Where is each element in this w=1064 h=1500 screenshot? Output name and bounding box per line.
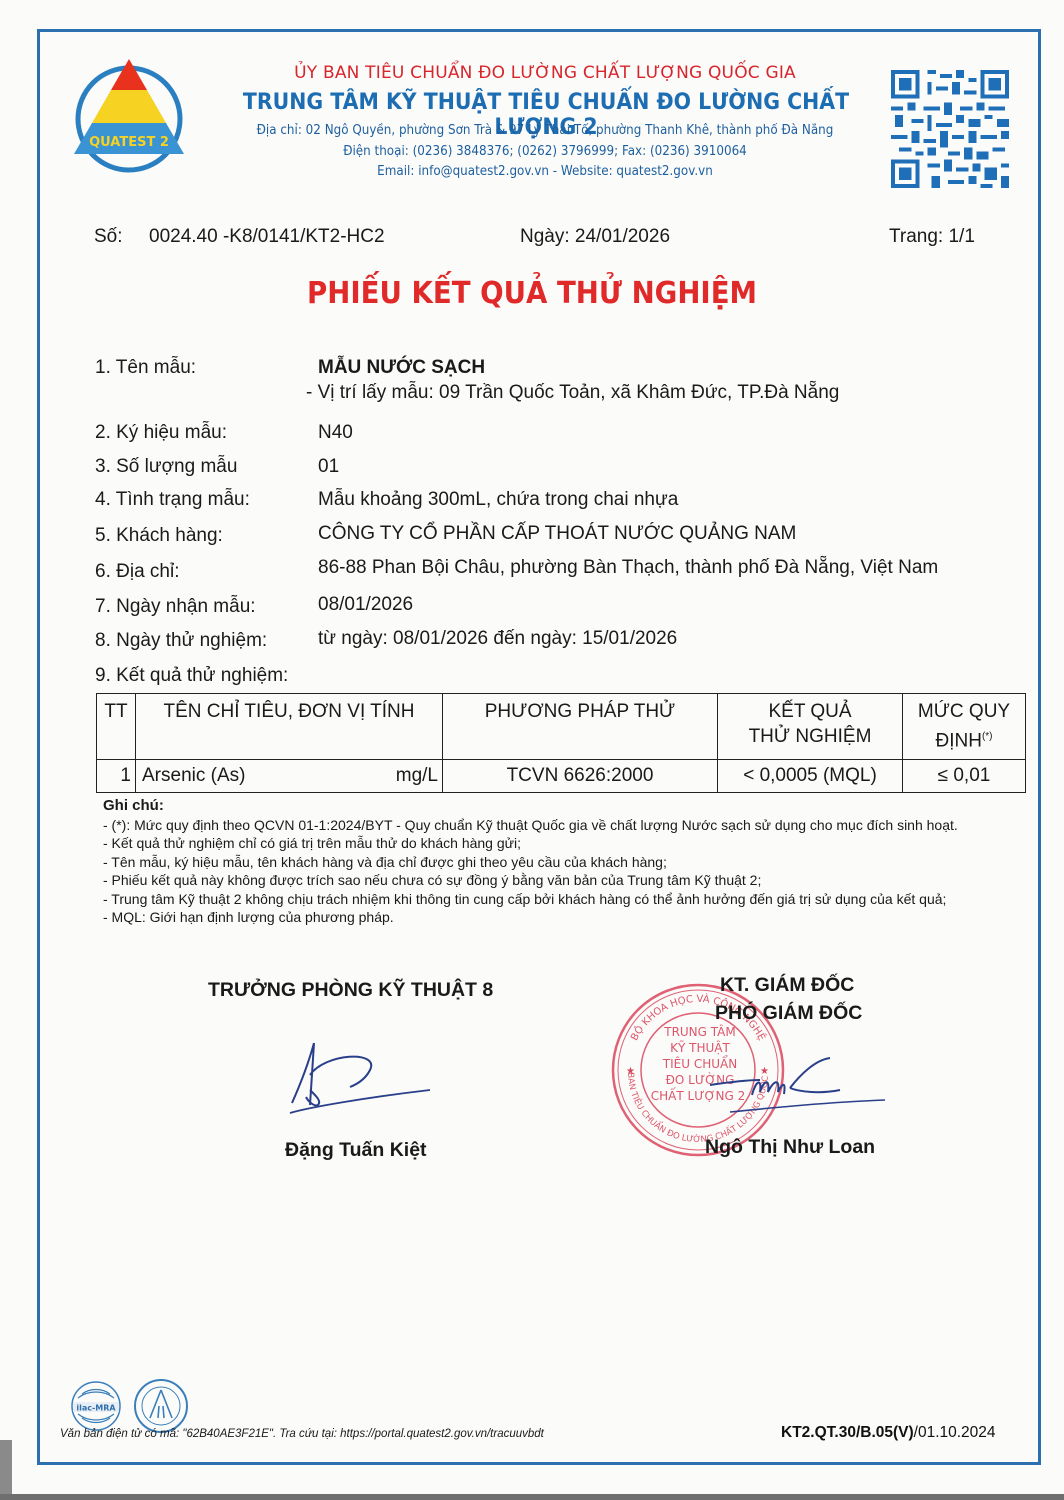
scan-edge-shadow [0, 1440, 12, 1500]
form-code-date: /01.10.2024 [914, 1424, 996, 1441]
sample-name-value: MẪU NƯỚC SẠCH [318, 357, 485, 379]
results-table: TT TÊN CHỈ TIÊU, ĐƠN VỊ TÍNH PHƯƠNG PHÁP… [96, 693, 1026, 793]
header-indicator-name: TÊN CHỈ TIÊU, ĐƠN VỊ TÍNH [136, 694, 443, 760]
scan-edge-shadow-bottom [0, 1494, 1064, 1500]
svg-text:★: ★ [626, 1066, 635, 1077]
organization-address: Địa chỉ: 02 Ngô Quyền, phường Sơn Trà & … [228, 123, 863, 138]
note-item: - Kết quả thử nghiệm chỉ có giá trị trên… [103, 834, 1003, 853]
sample-location: - Vị trí lấy mẫu: 09 Trần Quốc Toản, xã … [306, 382, 839, 404]
test-date-label: 8. Ngày thử nghiệm: [95, 630, 267, 652]
footnote-marker: (*) [982, 731, 993, 742]
address-label: 6. Địa chỉ: [95, 561, 179, 583]
quatest-logo-icon: QUATEST 2 [66, 55, 192, 173]
svg-text:QUATEST 2: QUATEST 2 [89, 135, 169, 150]
right-signature-icon [690, 1050, 890, 1130]
page-title: PHIẾU KẾT QUẢ THỬ NGHIỆM [43, 276, 1022, 311]
right-signatory-title-2: PHÓ GIÁM ĐỐC [715, 1002, 862, 1025]
header-test-method: PHƯƠNG PHÁP THỬ [443, 694, 718, 760]
address-value: 86-88 Phan Bội Châu, phường Bàn Thạch, t… [318, 557, 938, 579]
left-signature-icon [270, 1035, 440, 1135]
header-result-line1: KẾT QUẢ [768, 701, 851, 722]
form-code-bold: KT2.QT.30/B.05(V) [781, 1424, 914, 1441]
header-tt: TT [97, 694, 136, 760]
right-signatory-title-1: KT. GIÁM ĐỐC [720, 974, 854, 997]
cell-indicator: Arsenic (As) mg/L [136, 760, 443, 793]
ilac-mra-logo-icon: ilac-MRA [70, 1380, 122, 1432]
form-code: KT2.QT.30/B.05(V)/01.10.2024 [781, 1424, 996, 1442]
note-item: - (*): Mức quy định theo QCVN 01-1:2024/… [103, 816, 1003, 835]
cell-tt: 1 [97, 760, 136, 793]
results-label: 9. Kết quả thử nghiệm: [95, 665, 288, 687]
notes-section: Ghi chú: - (*): Mức quy định theo QCVN 0… [103, 797, 1003, 927]
note-item: - Phiếu kết quả này không được trích sao… [103, 871, 1003, 890]
sample-code-value: N40 [318, 422, 353, 444]
qr-code-icon[interactable] [889, 70, 1011, 188]
header-limit-line1: MỨC QUY [918, 701, 1010, 722]
organization-phone: Điện thoại: (0236) 3848376; (0262) 37969… [228, 144, 863, 159]
header-limit-line2: ĐỊNH [935, 730, 981, 751]
document-number-label: Số: [94, 226, 123, 248]
test-date-value: từ ngày: 08/01/2026 đến ngày: 15/01/2026 [318, 628, 677, 650]
svg-text:ilac-MRA: ilac-MRA [76, 1404, 116, 1413]
header-test-result: KẾT QUẢ THỬ NGHIỆM [718, 694, 903, 760]
cell-result: < 0,0005 (MQL) [718, 760, 903, 793]
received-date-label: 7. Ngày nhận mẫu: [95, 596, 256, 618]
condition-label: 4. Tình trạng mẫu: [95, 489, 250, 511]
indicator-name: Arsenic (As) [142, 765, 245, 787]
svg-text:TRUNG TÂM: TRUNG TÂM [663, 1024, 736, 1039]
accreditation-vietnam-logo-icon [132, 1378, 190, 1434]
left-signatory-name: Đặng Tuấn Kiệt [285, 1139, 427, 1162]
electronic-document-note: Văn bản điện tử có mã: "62B40AE3F21E". T… [60, 1428, 544, 1440]
indicator-unit: mg/L [396, 765, 438, 787]
sample-code-label: 2. Ký hiệu mẫu: [95, 422, 227, 444]
table-header-row: TT TÊN CHỈ TIÊU, ĐƠN VỊ TÍNH PHƯƠNG PHÁP… [97, 694, 1026, 760]
header-regulatory-limit: MỨC QUY ĐỊNH(*) [903, 694, 1026, 760]
note-item: - Tên mẫu, ký hiệu mẫu, tên khách hàng v… [103, 853, 1003, 872]
notes-heading: Ghi chú: [103, 797, 1003, 816]
cell-limit: ≤ 0,01 [903, 760, 1026, 793]
received-date-value: 08/01/2026 [318, 594, 413, 616]
customer-label: 5. Khách hàng: [95, 525, 223, 547]
condition-value: Mẫu khoảng 300mL, chứa trong chai nhựa [318, 489, 678, 511]
sample-name-label: 1. Tên mẫu: [95, 357, 196, 379]
note-item: - Trung tâm Kỹ thuật 2 không chịu trách … [103, 890, 1003, 909]
document-date: Ngày: 24/01/2026 [520, 226, 670, 248]
note-item: - MQL: Giới hạn định lượng của phương ph… [103, 908, 1003, 927]
left-signatory-title: TRƯỞNG PHÒNG KỸ THUẬT 8 [208, 979, 493, 1002]
right-signatory-name: Ngô Thị Như Loan [705, 1136, 875, 1159]
table-row: 1 Arsenic (As) mg/L TCVN 6626:2000 < 0,0… [97, 760, 1026, 793]
organization-email-website: Email: info@quatest2.gov.vn - Website: q… [228, 164, 863, 179]
header-result-line2: THỬ NGHIỆM [749, 726, 872, 747]
cell-method: TCVN 6626:2000 [443, 760, 718, 793]
page-indicator: Trang: 1/1 [889, 226, 975, 248]
quantity-label: 3. Số lượng mẫu [95, 456, 237, 478]
parent-organization: ỦY BAN TIÊU CHUẨN ĐO LƯỜNG CHẤT LƯỢNG QU… [200, 63, 890, 83]
customer-value: CÔNG TY CỔ PHẦN CẤP THOÁT NƯỚC QUẢNG NAM [318, 523, 796, 545]
document-number: 0024.40 -K8/0141/KT2-HC2 [149, 226, 385, 248]
quantity-value: 01 [318, 456, 339, 478]
